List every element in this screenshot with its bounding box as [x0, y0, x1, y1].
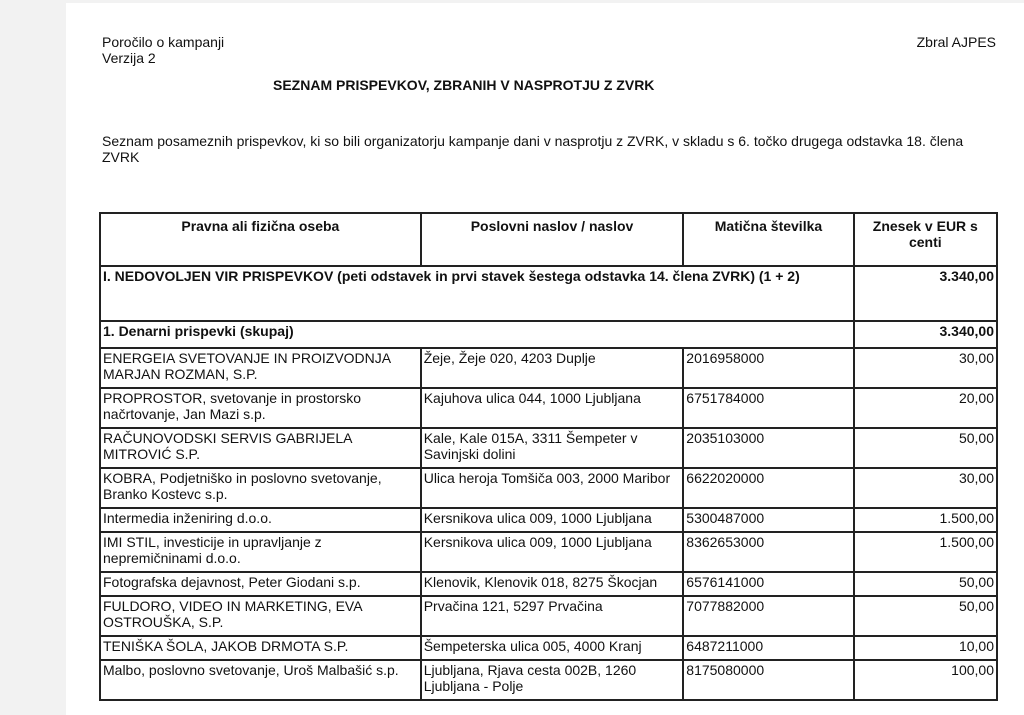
contributions-table: Pravna ali fizična oseba Poslovni naslov…: [99, 212, 998, 701]
cell-amount: 1.500,00: [854, 508, 997, 532]
cell-entity: Fotografska dejavnost, Peter Giodani s.p…: [100, 572, 421, 596]
section-row: I. NEDOVOLJEN VIR PRISPEVKOV (peti odsta…: [100, 266, 997, 321]
report-name: Poročilo o kampanji: [102, 34, 224, 50]
table-row: RAČUNOVODSKI SERVIS GABRIJELA MITROVIĆ S…: [100, 428, 997, 468]
col-header-registration-number: Matična številka: [683, 213, 853, 266]
intro-text: Seznam posameznih prispevkov, ki so bili…: [102, 133, 1002, 165]
cell-amount: 30,00: [854, 468, 997, 508]
subsection-amount: 3.340,00: [854, 321, 997, 348]
cell-amount: 30,00: [854, 348, 997, 388]
col-header-address: Poslovni naslov / naslov: [421, 213, 684, 266]
collected-by: Zbral AJPES: [917, 34, 996, 50]
cell-address: Kersnikova ulica 009, 1000 Ljubljana: [421, 532, 684, 572]
cell-amount: 1.500,00: [854, 532, 997, 572]
cell-registration-number: 7077882000: [683, 596, 853, 636]
table-row: KOBRA, Podjetniško in poslovno svetovanj…: [100, 468, 997, 508]
cell-amount: 50,00: [854, 428, 997, 468]
table-row: Malbo, poslovno svetovanje, Uroš Malbaši…: [100, 660, 997, 700]
cell-amount: 20,00: [854, 388, 997, 428]
table-row: IMI STIL, investicije in upravljanje z n…: [100, 532, 997, 572]
cell-entity: FULDORO, VIDEO IN MARKETING, EVA OSTROUŠ…: [100, 596, 421, 636]
cell-registration-number: 8175080000: [683, 660, 853, 700]
table-row: Intermedia inženiring d.o.o.Kersnikova u…: [100, 508, 997, 532]
col-header-entity: Pravna ali fizična oseba: [100, 213, 421, 266]
document-page: Poročilo o kampanji Verzija 2 Zbral AJPE…: [66, 3, 1024, 712]
cell-entity: KOBRA, Podjetniško in poslovno svetovanj…: [100, 468, 421, 508]
cell-address: Žeje, Žeje 020, 4203 Duplje: [421, 348, 684, 388]
cell-address: Ulica heroja Tomšiča 003, 2000 Maribor: [421, 468, 684, 508]
cell-address: Kajuhova ulica 044, 1000 Ljubljana: [421, 388, 684, 428]
cell-entity: ENERGEIA SVETOVANJE IN PROIZVODNJA MARJA…: [100, 348, 421, 388]
report-header: Poročilo o kampanji Verzija 2: [102, 34, 224, 66]
cell-registration-number: 2035103000: [683, 428, 853, 468]
cell-registration-number: 2016958000: [683, 348, 853, 388]
cell-registration-number: 6622020000: [683, 468, 853, 508]
cell-registration-number: 6487211000: [683, 636, 853, 660]
cell-entity: Intermedia inženiring d.o.o.: [100, 508, 421, 532]
cell-registration-number: 6576141000: [683, 572, 853, 596]
cell-registration-number: 5300487000: [683, 508, 853, 532]
cell-entity: RAČUNOVODSKI SERVIS GABRIJELA MITROVIĆ S…: [100, 428, 421, 468]
cell-address: Klenovik, Klenovik 018, 8275 Škocjan: [421, 572, 684, 596]
cell-address: Ljubljana, Rjava cesta 002B, 1260 Ljublj…: [421, 660, 684, 700]
cell-registration-number: 6751784000: [683, 388, 853, 428]
table-row: TENIŠKA ŠOLA, JAKOB DRMOTA S.P.Šempeters…: [100, 636, 997, 660]
subsection-label: 1. Denarni prispevki (skupaj): [100, 321, 854, 348]
cell-amount: 10,00: [854, 636, 997, 660]
section-label: I. NEDOVOLJEN VIR PRISPEVKOV (peti odsta…: [100, 266, 854, 321]
table-row: Fotografska dejavnost, Peter Giodani s.p…: [100, 572, 997, 596]
cell-entity: PROPROSTOR, svetovanje in prostorsko nač…: [100, 388, 421, 428]
cell-address: Kersnikova ulica 009, 1000 Ljubljana: [421, 508, 684, 532]
cell-registration-number: 8362653000: [683, 532, 853, 572]
table-row: ENERGEIA SVETOVANJE IN PROIZVODNJA MARJA…: [100, 348, 997, 388]
cell-entity: Malbo, poslovno svetovanje, Uroš Malbaši…: [100, 660, 421, 700]
col-header-amount: Znesek v EUR s centi: [854, 213, 997, 266]
table-row: FULDORO, VIDEO IN MARKETING, EVA OSTROUŠ…: [100, 596, 997, 636]
cell-amount: 100,00: [854, 660, 997, 700]
subsection-row: 1. Denarni prispevki (skupaj) 3.340,00: [100, 321, 997, 348]
cell-entity: TENIŠKA ŠOLA, JAKOB DRMOTA S.P.: [100, 636, 421, 660]
table-header-row: Pravna ali fizična oseba Poslovni naslov…: [100, 213, 997, 266]
page-title: SEZNAM PRISPEVKOV, ZBRANIH V NASPROTJU Z…: [273, 77, 654, 93]
cell-entity: IMI STIL, investicije in upravljanje z n…: [100, 532, 421, 572]
cell-amount: 50,00: [854, 572, 997, 596]
report-version: Verzija 2: [102, 50, 224, 66]
cell-address: Šempeterska ulica 005, 4000 Kranj: [421, 636, 684, 660]
cell-address: Kale, Kale 015A, 3311 Šempeter v Savinjs…: [421, 428, 684, 468]
section-amount: 3.340,00: [854, 266, 997, 321]
cell-address: Prvačina 121, 5297 Prvačina: [421, 596, 684, 636]
cell-amount: 50,00: [854, 596, 997, 636]
table-row: PROPROSTOR, svetovanje in prostorsko nač…: [100, 388, 997, 428]
